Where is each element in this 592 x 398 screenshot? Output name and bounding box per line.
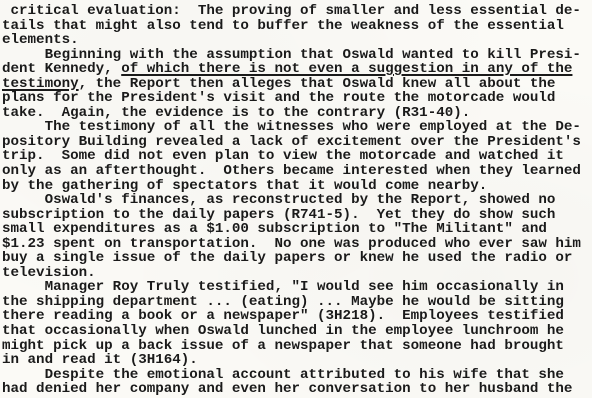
text-line: The testimony of all the witnesses who w…	[2, 120, 590, 135]
text-line: Despite the emotional account attributed…	[2, 368, 590, 383]
text-line: $1.23 spent on transportation. No one wa…	[2, 237, 590, 252]
text-line: that occasionally when Oswald lunched in…	[2, 324, 590, 339]
text-line: the shipping department ... (eating) ...…	[2, 295, 590, 310]
text-line: Oswald's finances, as reconstructed by t…	[2, 193, 590, 208]
document-page: critical evaluation: The proving of smal…	[0, 0, 592, 398]
text-line: dent Kennedy, of which there is not even…	[2, 62, 590, 77]
text-line: tails that might also tend to buffer the…	[2, 19, 590, 34]
text-line: small expenditures as a $1.00 subscripti…	[2, 222, 590, 237]
text-line: subscription to the daily papers (R741-5…	[2, 208, 590, 223]
text-line: pository Building revealed a lack of exc…	[2, 135, 590, 150]
text-segment: tails that might also tend to buffer the…	[2, 18, 564, 34]
text-line: only as an afterthought. Others became i…	[2, 164, 590, 179]
text-segment: had denied her company and even her conv…	[2, 381, 572, 397]
text-line: trip. Some did not even plan to view the…	[2, 149, 590, 164]
text-line: there reading a book or a newspaper" (3H…	[2, 309, 590, 324]
text-line: might pick up a back issue of a newspape…	[2, 339, 590, 354]
typewritten-text-block: critical evaluation: The proving of smal…	[2, 4, 590, 397]
text-line: critical evaluation: The proving of smal…	[2, 4, 590, 19]
text-line: Manager Roy Truly testified, "I would se…	[2, 280, 590, 295]
text-line: in and read it (3H164).	[2, 353, 590, 368]
text-line: testimony, the Report then alleges that …	[2, 77, 590, 92]
text-line: buy a single issue of the daily papers o…	[2, 251, 590, 266]
text-line: by the gathering of spectators that it w…	[2, 179, 590, 194]
text-line: Beginning with the assumption that Oswal…	[2, 48, 590, 63]
text-line: take. Again, the evidence is to the cont…	[2, 106, 590, 121]
text-line: television.	[2, 266, 590, 281]
text-line: plans for the President's visit and the …	[2, 91, 590, 106]
text-line: had denied her company and even her conv…	[2, 382, 590, 397]
text-line: elements.	[2, 33, 590, 48]
